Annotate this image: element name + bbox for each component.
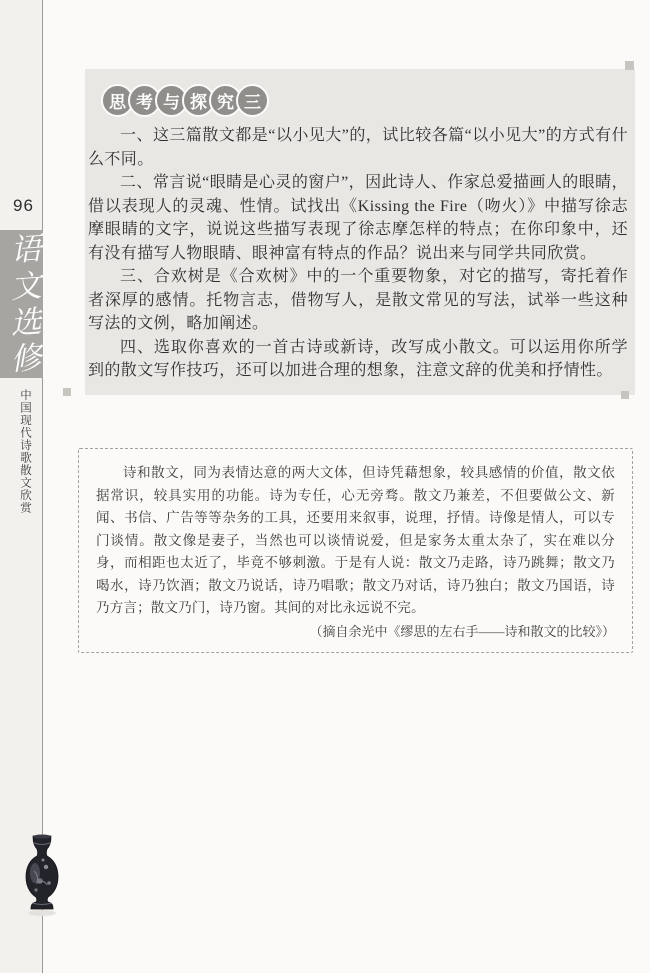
panel-corner-mark — [621, 391, 629, 399]
panel-corner-mark — [625, 61, 634, 70]
questions-text: 一、这三篇散文都是“以小见大”的，试比较各篇“以小见大”的方式有什么不同。 二、… — [88, 124, 628, 383]
spine-divider-line — [42, 0, 43, 973]
badge-char: 三 — [236, 84, 269, 117]
textbook-page: 96 语 文 选 修 中国现代诗歌散文欣赏 思 考 与 探 — [0, 0, 650, 973]
excerpt-body: 诗和散文，同为表情达意的两大文体，但诗凭藉想象，较具感情的价值，散文依据常识，较… — [96, 462, 615, 620]
series-title-char: 文 — [7, 268, 43, 306]
series-title-char: 语 — [7, 231, 43, 269]
excerpt-attribution: （摘自余光中《缪思的左右手——诗和散文的比较》） — [96, 621, 615, 643]
series-title-char: 修 — [7, 340, 43, 378]
question-1: 一、这三篇散文都是“以小见大”的，试比较各篇“以小见大”的方式有什么不同。 — [88, 124, 628, 171]
question-3: 三、合欢树是《合欢树》中的一个重要物象，对它的描写，寄托着作者深厚的感情。托物言… — [88, 265, 628, 336]
question-2: 二、常言说“眼睛是心灵的窗户”，因此诗人、作家总爱描画人的眼睛，借以表现人的灵魂… — [88, 171, 628, 265]
subseries-title: 中国现代诗歌散文欣赏 — [17, 389, 33, 519]
porcelain-vase-icon — [22, 833, 62, 917]
section-title-badge: 思 考 与 探 究 三 — [101, 84, 269, 117]
page-number: 96 — [13, 196, 34, 216]
series-title-char: 选 — [7, 304, 43, 342]
excerpt-box: 诗和散文，同为表情达意的两大文体，但诗凭藉想象，较具感情的价值，散文依据常识，较… — [78, 448, 633, 653]
question-4: 四、选取你喜欢的一首古诗或新诗，改写成小散文。可以运用你所学到的散文写作技巧，还… — [88, 336, 628, 383]
series-title-block: 语 文 选 修 — [0, 230, 43, 378]
panel-corner-mark — [63, 388, 71, 396]
